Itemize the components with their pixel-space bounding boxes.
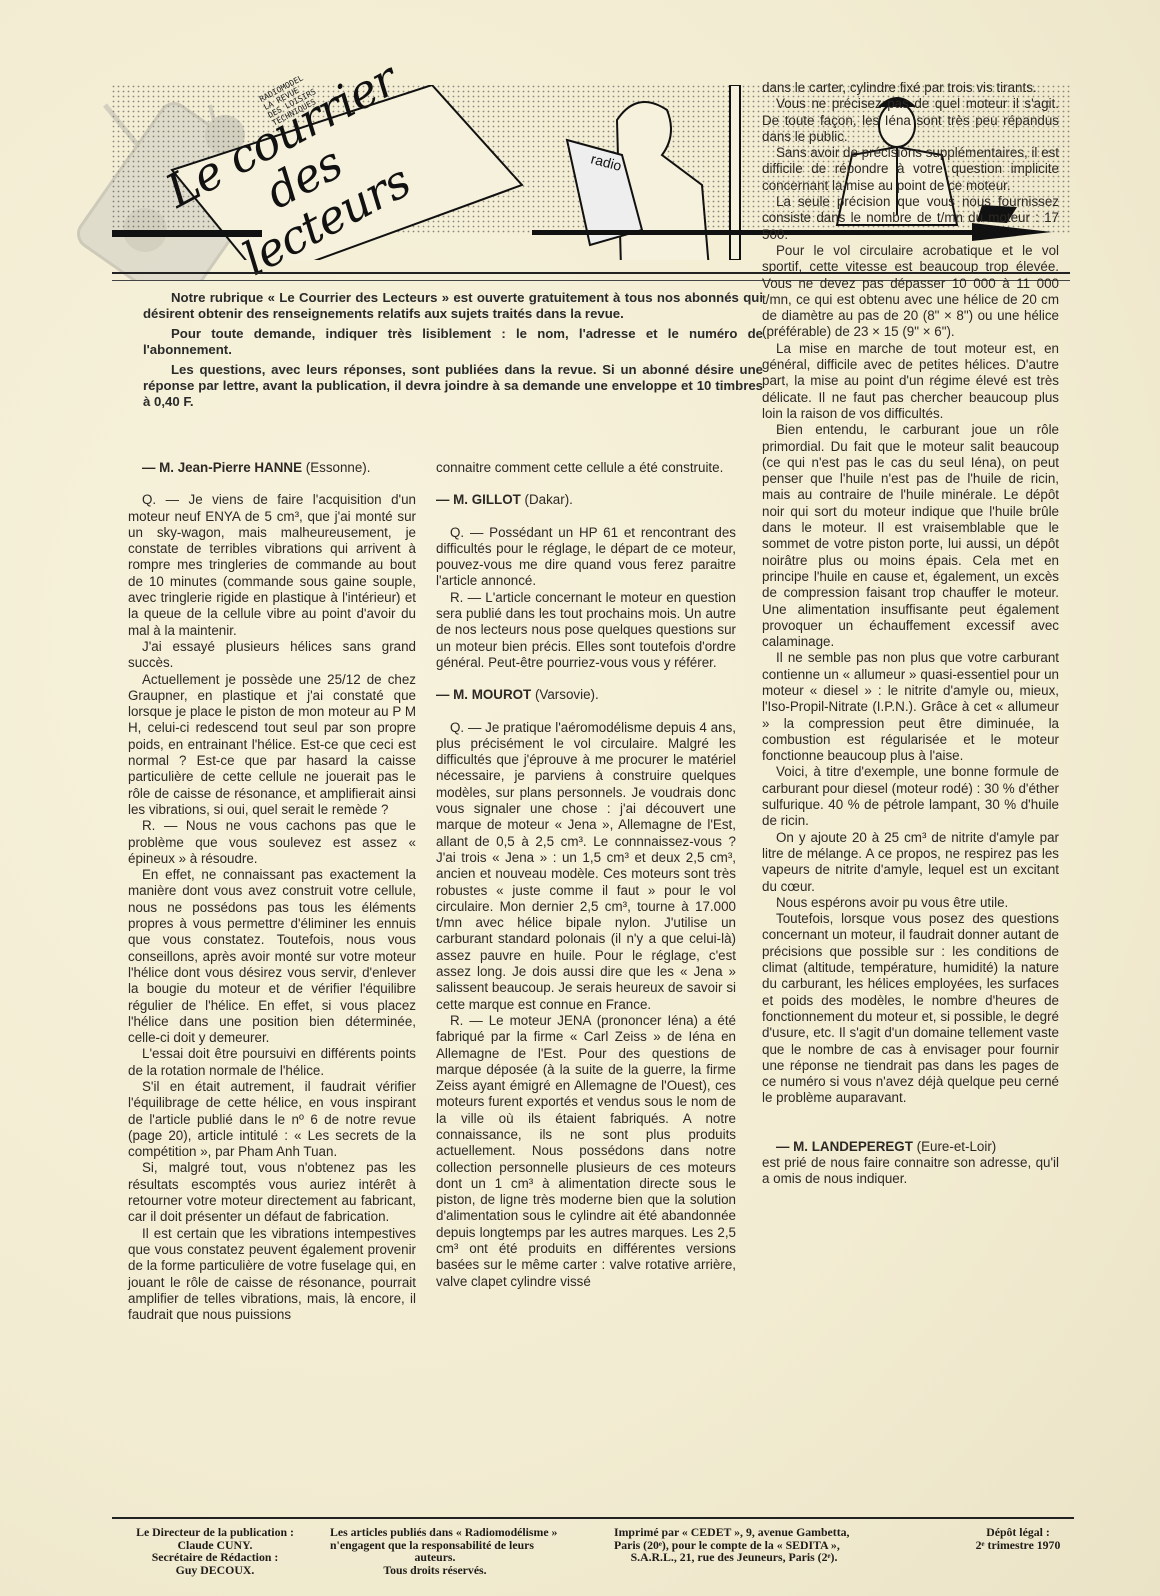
- letter-paragraph: Q. — Je pratique l'aéromodélisme depuis …: [436, 720, 736, 1013]
- intro-paragraph: Notre rubrique « Le Courrier des Lecteur…: [143, 290, 763, 322]
- letter-paragraph: On y ajoute 20 à 25 cm³ de nitrite d'amy…: [762, 830, 1059, 895]
- letter-paragraph: Sans avoir de précisions supplémentaires…: [762, 145, 1059, 194]
- letter-paragraph: Bien entendu, le carburant joue un rôle …: [762, 422, 1059, 650]
- letter-paragraph: Q. — Possédant un HP 61 et rencontrant d…: [436, 525, 736, 590]
- letter-paragraph: R. — Nous ne vous cachons pas que le pro…: [128, 818, 416, 867]
- letter-paragraph: Voici, à titre d'exemple, une bonne form…: [762, 764, 1059, 829]
- footer-legal-deposit: Dépôt légal : 2ᵉ trimestre 1970: [966, 1526, 1070, 1551]
- letter-heading: — M. GILLOT (Dakar).: [436, 492, 736, 508]
- footer-divider: [112, 1517, 1074, 1519]
- letter-paragraph: R. — Le moteur JENA (prononcer Iéna) a é…: [436, 1013, 736, 1290]
- letter-paragraph: dans le carter, cylindre fixé par trois …: [762, 80, 1059, 96]
- column-3: dans le carter, cylindre fixé par trois …: [762, 80, 1059, 1188]
- letter-paragraph: Pour le vol circulaire acrobatique et le…: [762, 243, 1059, 341]
- letter-paragraph: R. — L'article concernant le moteur en q…: [436, 590, 736, 671]
- letter-paragraph: J'ai essayé plusieurs hélices sans grand…: [128, 639, 416, 672]
- footer-printer: Imprimé par « CEDET », 9, avenue Gambett…: [614, 1526, 854, 1564]
- column-1: — M. Jean-Pierre HANNE (Essonne). Q. — J…: [128, 460, 416, 1323]
- letter-paragraph: Si, malgré tout, vous n'obtenez pas les …: [128, 1160, 416, 1225]
- letter-paragraph: La mise en marche de tout moteur est, en…: [762, 341, 1059, 422]
- letter-paragraph: Actuellement je possède une 25/12 de che…: [128, 672, 416, 819]
- letter-paragraph: Q. — Je viens de faire l'acquisition d'u…: [128, 492, 416, 639]
- letter-paragraph: Il ne semble pas non plus que votre carb…: [762, 650, 1059, 764]
- letter-paragraph: Il est certain que les vibrations intemp…: [128, 1226, 416, 1324]
- magazine-page: radio RADIOMODEL LA REVUE DES LOISIRS TE…: [0, 0, 1160, 1596]
- letter-heading: — M. MOUROT (Varsovie).: [436, 687, 736, 703]
- letter-paragraph: La seule précision que vous nous fournis…: [762, 194, 1059, 243]
- letter-paragraph: Nous espérons avoir pu vous être utile.: [762, 895, 1059, 911]
- letter-paragraph: En effet, ne connaissant pas exactement …: [128, 867, 416, 1046]
- letter-paragraph: Toutefois, lorsque vous posez des questi…: [762, 911, 1059, 1107]
- intro-paragraph: Les questions, avec leurs réponses, sont…: [143, 362, 763, 410]
- letter-paragraph: connaitre comment cette cellule a été co…: [436, 460, 736, 476]
- footer-director: Le Directeur de la publication : Claude …: [115, 1526, 315, 1576]
- letter-paragraph: Vous ne précisez pas de quel moteur il s…: [762, 96, 1059, 145]
- intro-notice: Notre rubrique « Le Courrier des Lecteur…: [143, 290, 763, 414]
- column-2: connaitre comment cette cellule a été co…: [436, 460, 736, 1290]
- letter-heading: — M. Jean-Pierre HANNE (Essonne).: [128, 460, 416, 476]
- footer-disclaimer: Les articles publiés dans « Radiomodélis…: [330, 1526, 540, 1576]
- intro-paragraph: Pour toute demande, indiquer très lisibl…: [143, 326, 763, 358]
- letter-paragraph: L'essai doit être poursuivi en différent…: [128, 1046, 416, 1079]
- letter-paragraph: est prié de nous faire connaitre son adr…: [762, 1155, 1059, 1188]
- letter-heading: — M. LANDEPEREGT (Eure-et-Loir): [762, 1139, 1059, 1155]
- letter-paragraph: S'il en était autrement, il faudrait vér…: [128, 1079, 416, 1160]
